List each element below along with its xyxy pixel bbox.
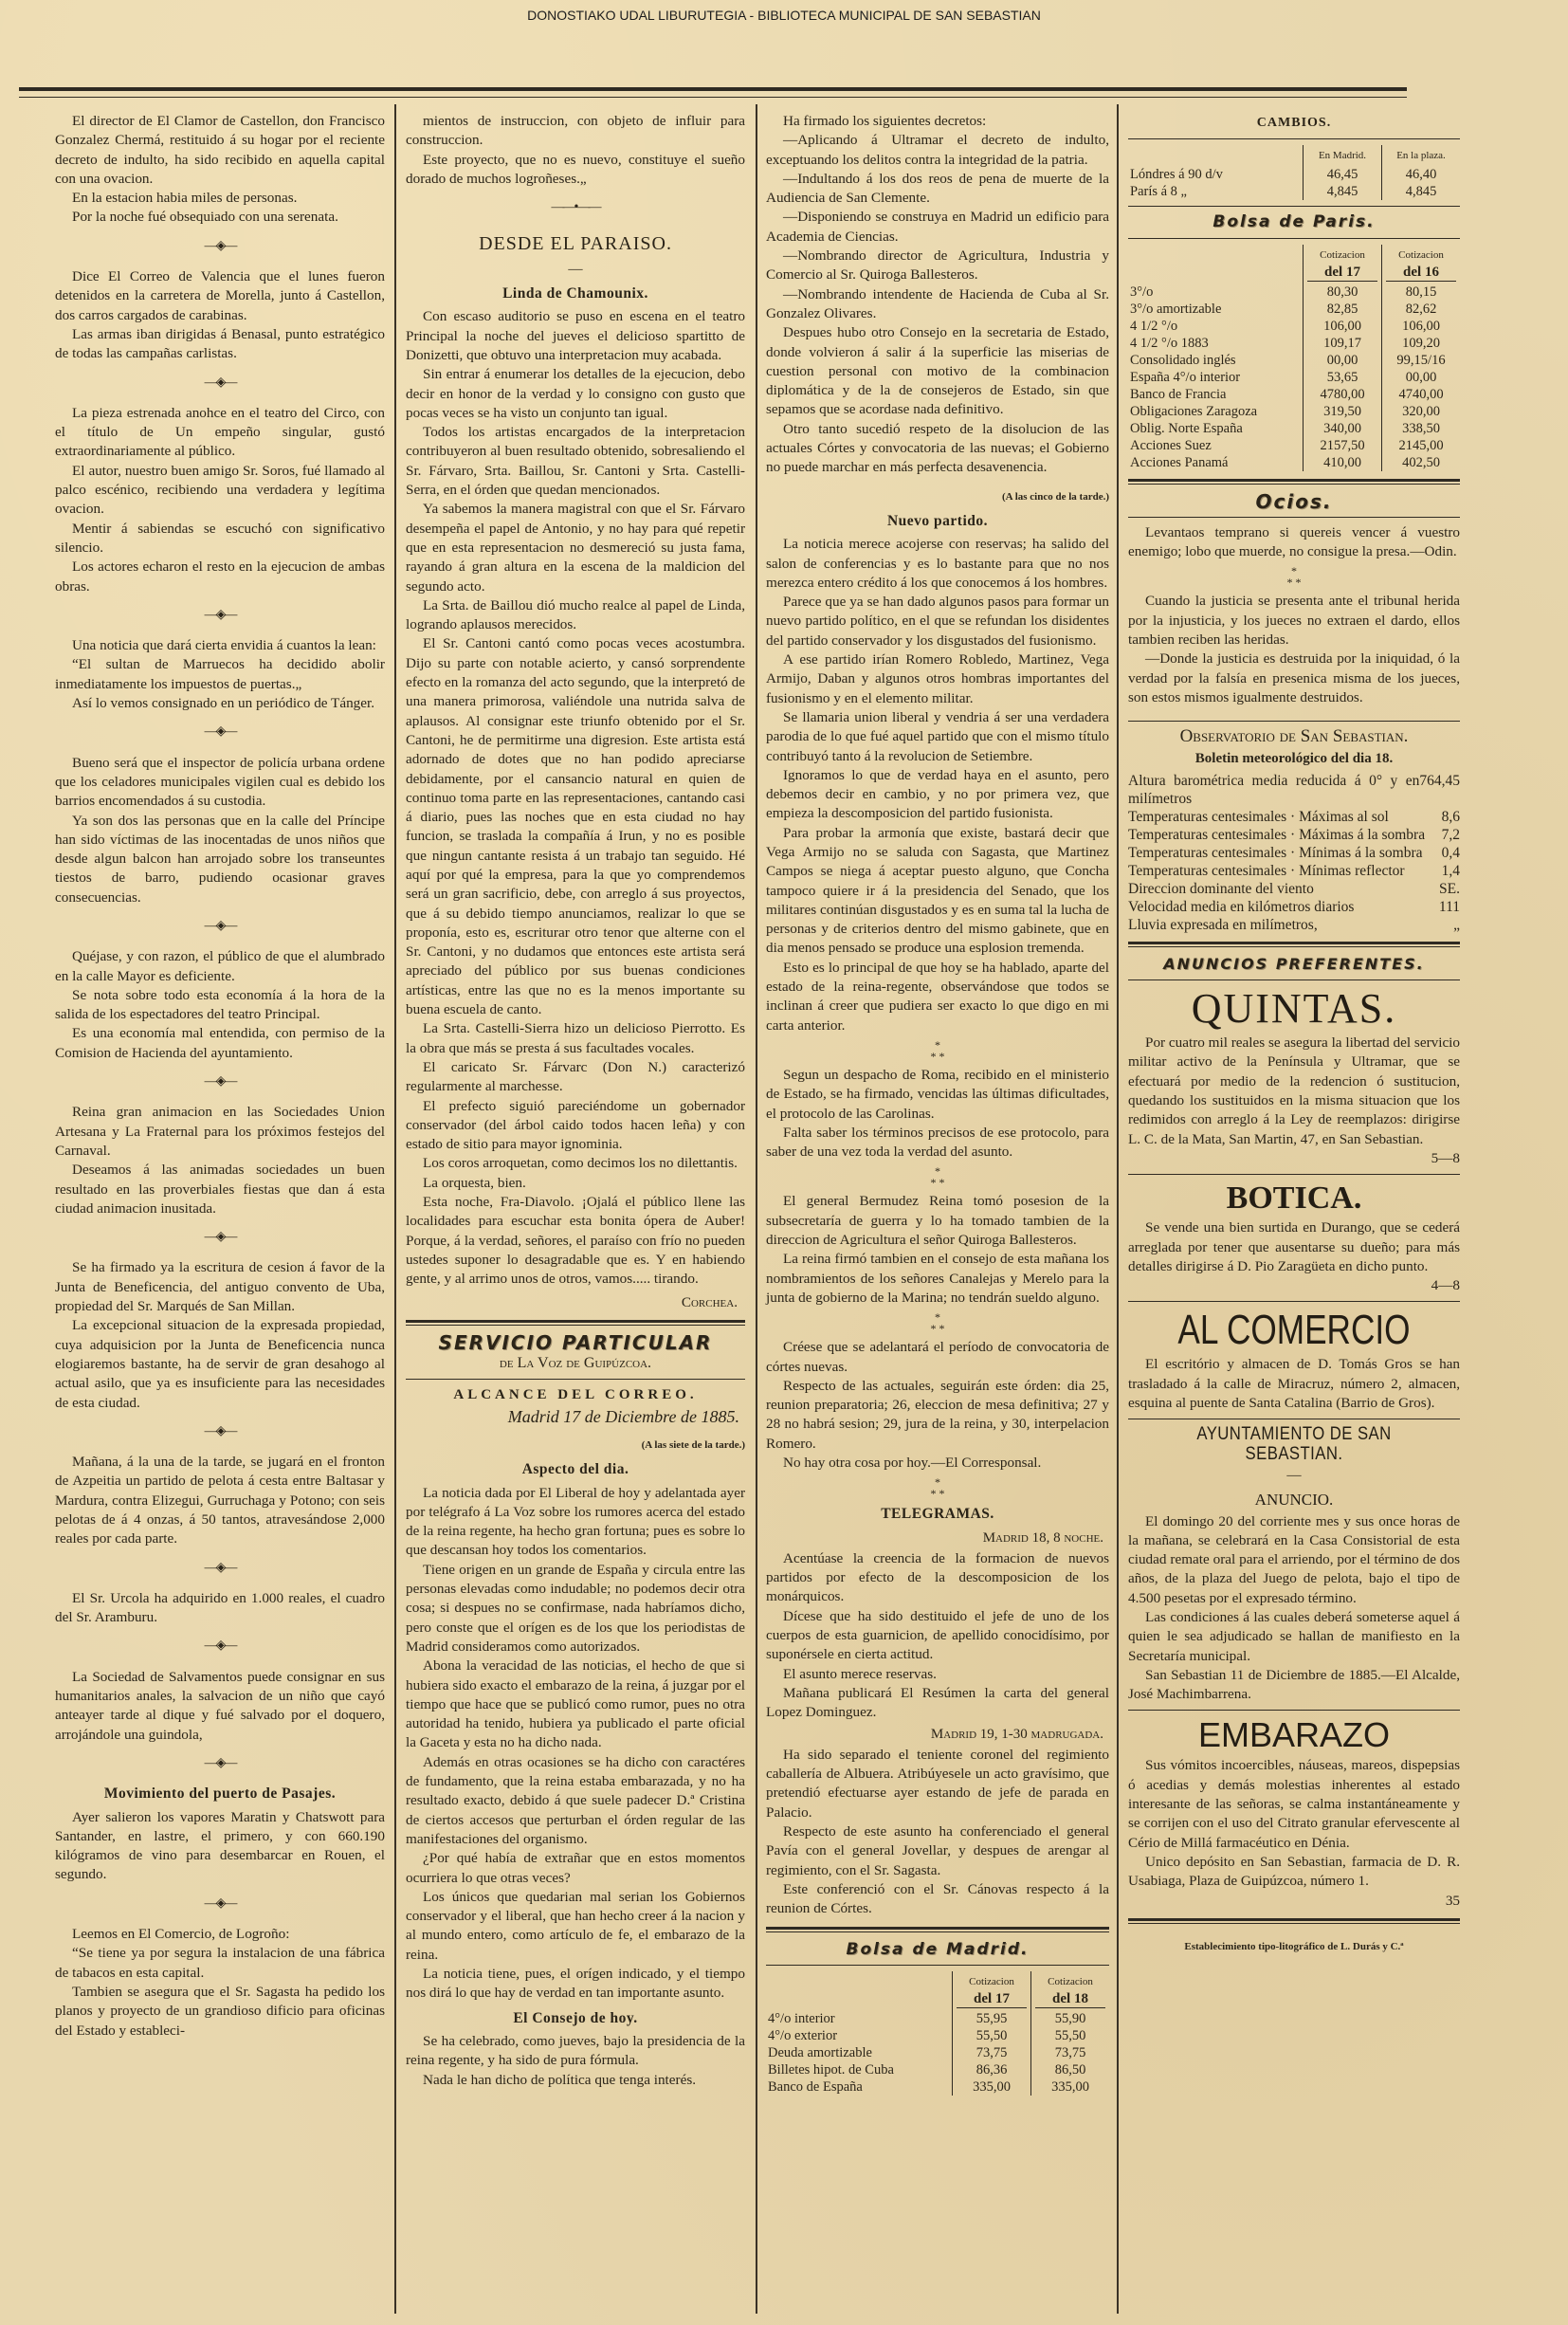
article-decretos: Ha firmado los siguientes decretos: —Apl… [766,112,1109,478]
top-rule [19,87,1407,98]
paragraph: La pieza estrenada anohce en el teatro d… [55,404,385,462]
ad-text: Se vende una bien surtida en Durango, qu… [1128,1218,1460,1276]
telegram-1: Acentúase la creencia de la formacion de… [766,1549,1109,1723]
article-title-aspecto: Aspecto del dia. [406,1460,745,1479]
paragraph: Deseamos á las animadas sociedades un bu… [55,1161,385,1218]
table-row: 3°/o amortizable82,8582,62 [1128,301,1460,318]
ad-embarazo: EMBARAZO Sus vómitos incoercibles, náuse… [1128,1716,1460,1910]
meteo-table: Altura barométrica media reducida á 0° y… [1128,772,1460,934]
section-heading-servicio: SERVICIO PARTICULAR [406,1333,745,1352]
ad-title: QUINTAS. [1128,986,1460,1032]
ad-text: El escritório y almacen de D. Tomás Gros… [1128,1355,1460,1413]
column-header: En la plaza. [1382,145,1461,166]
paragraph: Se nota sobre todo esta economía á la ho… [55,986,385,1025]
paragraph: Para probar la armonía que existe, basta… [766,824,1109,959]
section-heading-bolsa-madrid: Bolsa de Madrid. [766,1940,1109,1959]
paragraph: Se llamaria union liberal y vendria á se… [766,708,1109,766]
paragraph: Tiene origen en un grande de España y ci… [406,1561,745,1657]
paragraph: La noticia tiene, pues, el orígen indica… [406,1965,745,2004]
ad-ref: 4—8 [1431,1276,1460,1295]
ad-title: BOTICA. [1128,1181,1460,1217]
ad-subtitle: ANUNCIO. [1128,1491,1460,1510]
column-divider [756,104,757,2314]
table-row: Consolidado inglés00,0099,15/16 [1128,352,1460,369]
news-item-alumbrado: Quéjase, y con razon, el público de que … [55,947,385,1063]
dash-divider: — [1128,1466,1460,1485]
paragraph: Este proyecto, que no es nuevo, constitu… [406,151,745,190]
ad-botica: BOTICA. Se vende una bien surtida en Dur… [1128,1181,1460,1295]
paragraph: Mañana, á la una de la tarde, se jugará … [55,1453,385,1548]
paragraph: —Disponiendo se construya en Madrid un e… [766,208,1109,247]
column-header: Cotizaciondel 17 [1304,245,1382,284]
paragraph: Una noticia que dará cierta envidia á cu… [55,636,385,655]
ad-text: Unico depósito en San Sebastian, farmaci… [1128,1853,1460,1892]
paragraph: Nada le han dicho de política que tenga … [406,2071,745,2090]
paragraph: La Sociedad de Salvamentos puede consign… [55,1668,385,1745]
ad-ref: 35 [1446,1892,1460,1911]
paragraph: Se ha celebrado, como jueves, bajo la pr… [406,2032,745,2071]
rule [1128,517,1460,518]
dateline: Madrid 19, 1-30 madrugada. [766,1725,1103,1744]
meteo-row: Temperaturas centesimales · Máximas á la… [1128,826,1460,844]
paragraph: Ignoramos lo que de verdad haya en el as… [766,766,1109,824]
table-bolsa-paris: Cotizaciondel 17 Cotizaciondel 16 3°/o80… [1128,245,1460,471]
news-item-logrono: Leemos en El Comercio, de Logroño: “Se t… [55,1925,385,2041]
paragraph: Por la noche fué obsequiado con una sere… [55,208,385,227]
meteo-row: Temperaturas centesimales · Máximas al s… [1128,808,1460,826]
table-row: 4°/o interior55,9555,90 [766,2010,1109,2027]
asterism: ** * [766,1476,1109,1499]
double-rule [766,1927,1109,1932]
paragraph: Segun un despacho de Roma, recibido en e… [766,1066,1109,1124]
paragraph: Se ha firmado ya la escritura de cesion … [55,1258,385,1316]
time-note: (A las cinco de la tarde.) [766,487,1109,506]
double-rule [406,1320,745,1326]
paragraph: Créese que se adelantará el período de c… [766,1338,1109,1377]
paragraph: Este conferenció con el Sr. Cánovas resp… [766,1880,1109,1919]
paragraph: Los únicos que quedarian mal serian los … [406,1888,745,1965]
table-row: Acciones Panamá410,00402,50 [1128,454,1460,471]
ornament-divider: —◈— [55,1228,385,1247]
paragraph: El asunto merece reservas. [766,1665,1109,1684]
paragraph: Sin entrar á enumerar los detalles de la… [406,365,745,423]
paragraph: Mañana publicará El Resúmen la carta del… [766,1684,1109,1723]
ornament-divider: —◈— [55,237,385,256]
double-rule [1128,479,1460,485]
printer-imprint: Establecimiento tipo-litográfico de L. D… [1128,1937,1460,1956]
paragraph: Levantaos temprano si quereis vencer á v… [1128,523,1460,562]
paragraph: Todos los artistas encargados de la inte… [406,423,745,500]
paragraph: La excepcional situacion de la expresada… [55,1316,385,1412]
paragraph: El Sr. Urcola ha adquirido en 1.000 real… [55,1589,385,1628]
ad-ref: 5—8 [1431,1149,1460,1168]
dateline: Madrid 17 de Diciembre de 1885. [406,1407,739,1426]
ornament-divider: —◈— [55,1072,385,1091]
news-item-cuadro: El Sr. Urcola ha adquirido en 1.000 real… [55,1589,385,1628]
double-rule [1128,1918,1460,1924]
asterism: ** * [766,1311,1109,1334]
news-item-beneficencia: Se ha firmado ya la escritura de cesion … [55,1258,385,1412]
ad-text: San Sebastian 11 de Diciembre de 1885.—E… [1128,1666,1460,1705]
paragraph: Bueno será que el inspector de policía u… [55,754,385,812]
paragraph: Respecto de las actuales, seguirán este … [766,1377,1109,1454]
paragraph: Otro tanto sucedió respeto de la disoluc… [766,420,1109,478]
article-consejo: Se ha celebrado, como jueves, bajo la pr… [406,2032,745,2090]
paragraph: Respecto de este asunto ha conferenciado… [766,1822,1109,1880]
paragraph: Quéjase, y con razon, el público de que … [55,947,385,986]
paragraph: Cuando la justicia se presenta ante el t… [1128,592,1460,650]
paragraph: La orquesta, bien. [406,1174,745,1193]
ad-text: El domingo 20 del corriente mes y sus on… [1128,1512,1460,1608]
asterism: ** * [766,1039,1109,1062]
paragraph: —Indultando á los dos reos de pena de mu… [766,170,1109,209]
paragraph: Es una economía mal entendida, con permi… [55,1024,385,1063]
paragraph: En la estacion habia miles de personas. [55,189,385,208]
rule [1128,238,1460,239]
archive-header: DONOSTIAKO UDAL LIBURUTEGIA - BIBLIOTECA… [0,8,1568,23]
paragraph: Ayer salieron los vapores Maratin y Chat… [55,1808,385,1885]
paragraph: La noticia merece acojerse con reservas;… [766,535,1109,593]
ornament-divider: —◈— [55,723,385,741]
section-heading-paraiso: DESDE EL PARAISO. [406,234,745,253]
paragraph: Mentir á sabiendas se escuchó con signif… [55,520,385,558]
ad-comercio: AL COMERCIO El escritório y almacen de D… [1128,1308,1460,1413]
asterism: ** * [1128,565,1460,588]
article-carolinas: Segun un despacho de Roma, recibido en e… [766,1066,1109,1162]
table-row: Banco de Francia4780,004740,00 [1128,386,1460,403]
paragraph: Con escaso auditorio se puso en escena e… [406,307,745,365]
paragraph: Ha firmado los siguientes decretos: [766,112,1109,131]
paragraph: Dice El Correo de Valencia que el lunes … [55,267,385,325]
meteo-subtitle: Boletin meteorológico del dia 18. [1128,749,1460,768]
ad-text: Sus vómitos incoercibles, náuseas, mareo… [1128,1756,1460,1852]
paragraph: La noticia dada por El Liberal de hoy y … [406,1484,745,1561]
ornament-divider: —◈— [55,1895,385,1913]
ornament-divider: —◈— [55,1422,385,1441]
section-heading-observatorio: Observatorio de San Sebastian. [1128,727,1460,746]
paragraph: Los coros arroquetan, como decimos los n… [406,1154,745,1173]
paragraph: No hay otra cosa por hoy.—El Corresponsa… [766,1454,1109,1473]
meteo-row: Lluvia expresada en milímetros,„ [1128,916,1460,934]
news-item-circo: La pieza estrenada anohce en el teatro d… [55,404,385,596]
meteo-row: Temperaturas centesimales · Mínimas á la… [1128,844,1460,862]
paragraph: —Nombrando director de Agricultura, Indu… [766,247,1109,285]
paragraph: El director de El Clamor de Castellon, d… [55,112,385,189]
ornament-divider: —◈— [55,606,385,625]
section-heading-anuncios: ANUNCIOS PREFERENTES. [1128,955,1460,974]
ad-title: EMBARAZO [1128,1716,1460,1754]
column-header: Cotizaciondel 18 [1031,1971,1110,2010]
rule [1128,979,1460,980]
paragraph: ¿Por qué había de extrañar que en estos … [406,1849,745,1888]
paragraph: El caricato Sr. Fárvarc (Don N.) caracte… [406,1058,745,1097]
paragraph: El autor, nuestro buen amigo Sr. Soros, … [55,462,385,520]
news-item-pelota: Mañana, á la una de la tarde, se jugará … [55,1453,385,1548]
paragraph: —Nombrando intendente de Hacienda de Cub… [766,285,1109,324]
paragraph: —Aplicando á Ultramar el decreto de indu… [766,131,1109,170]
rule [1128,1710,1460,1711]
signature: Corchea. [406,1293,738,1312]
ad-ayuntamiento: AYUNTAMIENTO DE SAN SEBASTIAN. — ANUNCIO… [1128,1425,1460,1704]
asterism: ** * [766,1165,1109,1188]
paragraph: El prefecto siguió pareciéndome un gober… [406,1097,745,1155]
table-cambios: En Madrid. En la plaza. Lóndres á 90 d/v… [1128,145,1460,200]
table-row: 4 1/2 °/o106,00106,00 [1128,318,1460,335]
column-1: El director de El Clamor de Castellon, d… [55,112,385,2041]
news-item-carnaval: Reina gran animacion en las Sociedades U… [55,1103,385,1218]
ornament-divider: ——•—— [406,198,745,217]
paragraph: Ya son dos las personas que en la calle … [55,812,385,907]
rule [1128,1301,1460,1302]
ornament-divider: —◈— [55,1637,385,1656]
paragraph: Ya sabemos la manera magistral con que e… [406,500,745,595]
table-row: España 4°/o interior53,6500,00 [1128,369,1460,386]
section-subheading-servicio: de La Voz de Guipúzcoa. [406,1354,745,1373]
news-item-correo-valencia: Dice El Correo de Valencia que el lunes … [55,267,385,363]
ad-quintas: QUINTAS. Por cuatro mil reales se asegur… [1128,986,1460,1168]
paragraph: Acentúase la creencia de la formacion de… [766,1549,1109,1607]
article-paraiso: Con escaso auditorio se puso en escena e… [406,307,745,1289]
paragraph: “El sultan de Marruecos ha decidido abol… [55,655,385,694]
paragraph: Dícese que ha sido destituido el jefe de… [766,1607,1109,1665]
rule [406,1379,745,1380]
paragraph: La Srta. de Baillou dió mucho realce al … [406,596,745,635]
ad-title: AL COMERCIO [1161,1308,1427,1353]
paragraph: Esta noche, Fra-Diavolo. ¡Ojalá el públi… [406,1193,745,1289]
paragraph: Así lo vemos consignado en un periódico … [55,694,385,713]
section-heading-cambios: CAMBIOS. [1128,114,1460,133]
paragraph: La reina firmó tambien en el consejo de … [766,1250,1109,1308]
meteo-row: Velocidad media en kilómetros diarios111 [1128,898,1460,916]
column-3: Ha firmado los siguientes decretos: —Apl… [766,112,1109,2096]
paragraph: “Se tiene ya por segura la instalacion d… [55,1944,385,1983]
section-heading-bolsa-paris: Bolsa de Paris. [1128,212,1460,231]
section-heading-pasajes: Movimiento del puerto de Pasajes. [55,1785,385,1803]
table-row: 4 1/2 °/o 1883109,17109,20 [1128,335,1460,352]
article-nombramientos: El general Bermudez Reina tomó posesion … [766,1192,1109,1308]
ornament-divider: —◈— [55,374,385,393]
paragraph: Esto es lo principal de que hoy se ha ha… [766,959,1109,1035]
column-header: Cotizaciondel 16 [1382,245,1461,284]
telegram-2: Ha sido separado el teniente coronel del… [766,1746,1109,1919]
paragraph: A ese partido irían Romero Robledo, Mart… [766,650,1109,708]
paragraph: Despues hubo otro Consejo en la secretar… [766,323,1109,419]
ornament-divider: —◈— [55,1754,385,1773]
ad-title: AYUNTAMIENTO DE SAN SEBASTIAN. [1148,1425,1440,1464]
article-title-linda: Linda de Chamounix. [406,284,745,303]
table-row: Billetes hipot. de Cuba86,3686,50 [766,2061,1109,2078]
section-heading-telegramas: TELEGRAMAS. [766,1505,1109,1524]
ornament-divider: —◈— [55,917,385,936]
news-item-marruecos: Una noticia que dará cierta envidia á cu… [55,636,385,713]
rule [1128,138,1460,139]
section-heading-ocios: Ocios. [1128,492,1460,511]
ad-text: Las condiciones á las cuales deberá some… [1128,1608,1460,1666]
table-row: Lóndres á 90 d/v46,4546,40 [1128,166,1460,183]
table-bolsa-madrid: Cotizaciondel 17 Cotizaciondel 18 4°/o i… [766,1971,1109,2096]
article-nuevo-partido: La noticia merece acojerse con reservas;… [766,535,1109,1035]
dash-divider: — [406,260,745,279]
paragraph: Leemos en El Comercio, de Logroño: [55,1925,385,1944]
column-2: mientos de instruccion, con objeto de in… [406,112,745,2090]
table-row: Banco de España335,00335,00 [766,2078,1109,2096]
paragraph: mientos de instruccion, con objeto de in… [406,112,745,151]
meteo-row: Altura barométrica media reducida á 0° y… [1128,772,1460,808]
table-row: 3°/o80,3080,15 [1128,284,1460,301]
article-title-nuevo-partido: Nuevo partido. [766,512,1109,531]
paragraph: La Srta. Castelli-Sierra hizo un delicio… [406,1019,745,1058]
paragraph: Además en otras ocasiones se ha dicho co… [406,1753,745,1849]
ad-text: Por cuatro mil reales se asegura la libe… [1128,1034,1460,1149]
paragraph: Los actores echaron el resto en la ejecu… [55,558,385,596]
rule [1128,721,1460,722]
column-header: En Madrid. [1304,145,1382,166]
paragraph: Falta saber los términos precisos de ese… [766,1124,1109,1162]
column-divider [1117,104,1119,2314]
news-item-clamor: El director de El Clamor de Castellon, d… [55,112,385,228]
paragraph: Abona la veracidad de las noticias, el h… [406,1657,745,1752]
rule [1128,1174,1460,1175]
column-header: Cotizaciondel 17 [953,1971,1031,2010]
double-rule [1128,942,1460,947]
news-item-pasajes: Ayer salieron los vapores Maratin y Chat… [55,1808,385,1885]
meteo-row: Direccion dominante del vientoSE. [1128,880,1460,898]
table-row: 4°/o exterior55,5055,50 [766,2027,1109,2044]
meteo-row: Temperaturas centesimales · Mínimas refl… [1128,862,1460,880]
paragraph: El Sr. Cantoni cantó como pocas veces ac… [406,634,745,1019]
news-item-salvamentos: La Sociedad de Salvamentos puede consign… [55,1668,385,1745]
rule [1128,1419,1460,1419]
column-divider [394,104,396,2314]
article-cortes: Créese que se adelantará el período de c… [766,1338,1109,1473]
time-note: (A las siete de la tarde.) [406,1436,745,1455]
heading-alcance: ALCANCE DEL CORREO. [406,1385,745,1404]
paragraph: El general Bermudez Reina tomó posesion … [766,1192,1109,1250]
article-aspecto: La noticia dada por El Liberal de hoy y … [406,1484,745,2004]
dateline: Madrid 18, 8 noche. [766,1529,1103,1547]
table-row: Deuda amortizable73,7573,75 [766,2044,1109,2061]
table-row: Obligaciones Zaragoza319,50320,00 [1128,403,1460,420]
paragraph: Las armas iban dirigidas á Benasal, punt… [55,325,385,364]
ornament-divider: —◈— [55,1559,385,1578]
column-4: CAMBIOS. En Madrid. En la plaza. Lóndres… [1128,112,1460,1956]
rule [766,1965,1109,1966]
news-item-policia: Bueno será que el inspector de policía u… [55,754,385,907]
table-row: Acciones Suez2157,502145,00 [1128,437,1460,454]
article-title-consejo: El Consejo de hoy. [406,2009,745,2028]
paragraph: Tambien se asegura que el Sr. Sagasta ha… [55,1983,385,2041]
rule [1128,206,1460,207]
table-row: Oblig. Norte España340,00338,50 [1128,420,1460,437]
table-row: París á 8 „4,8454,845 [1128,183,1460,200]
paragraph: Parece que ya se han dado algunos pasos … [766,593,1109,650]
paragraph: —Donde la justicia es destruida por la i… [1128,650,1460,707]
paragraph: Ha sido separado el teniente coronel del… [766,1746,1109,1822]
paragraph: Reina gran animacion en las Sociedades U… [55,1103,385,1161]
